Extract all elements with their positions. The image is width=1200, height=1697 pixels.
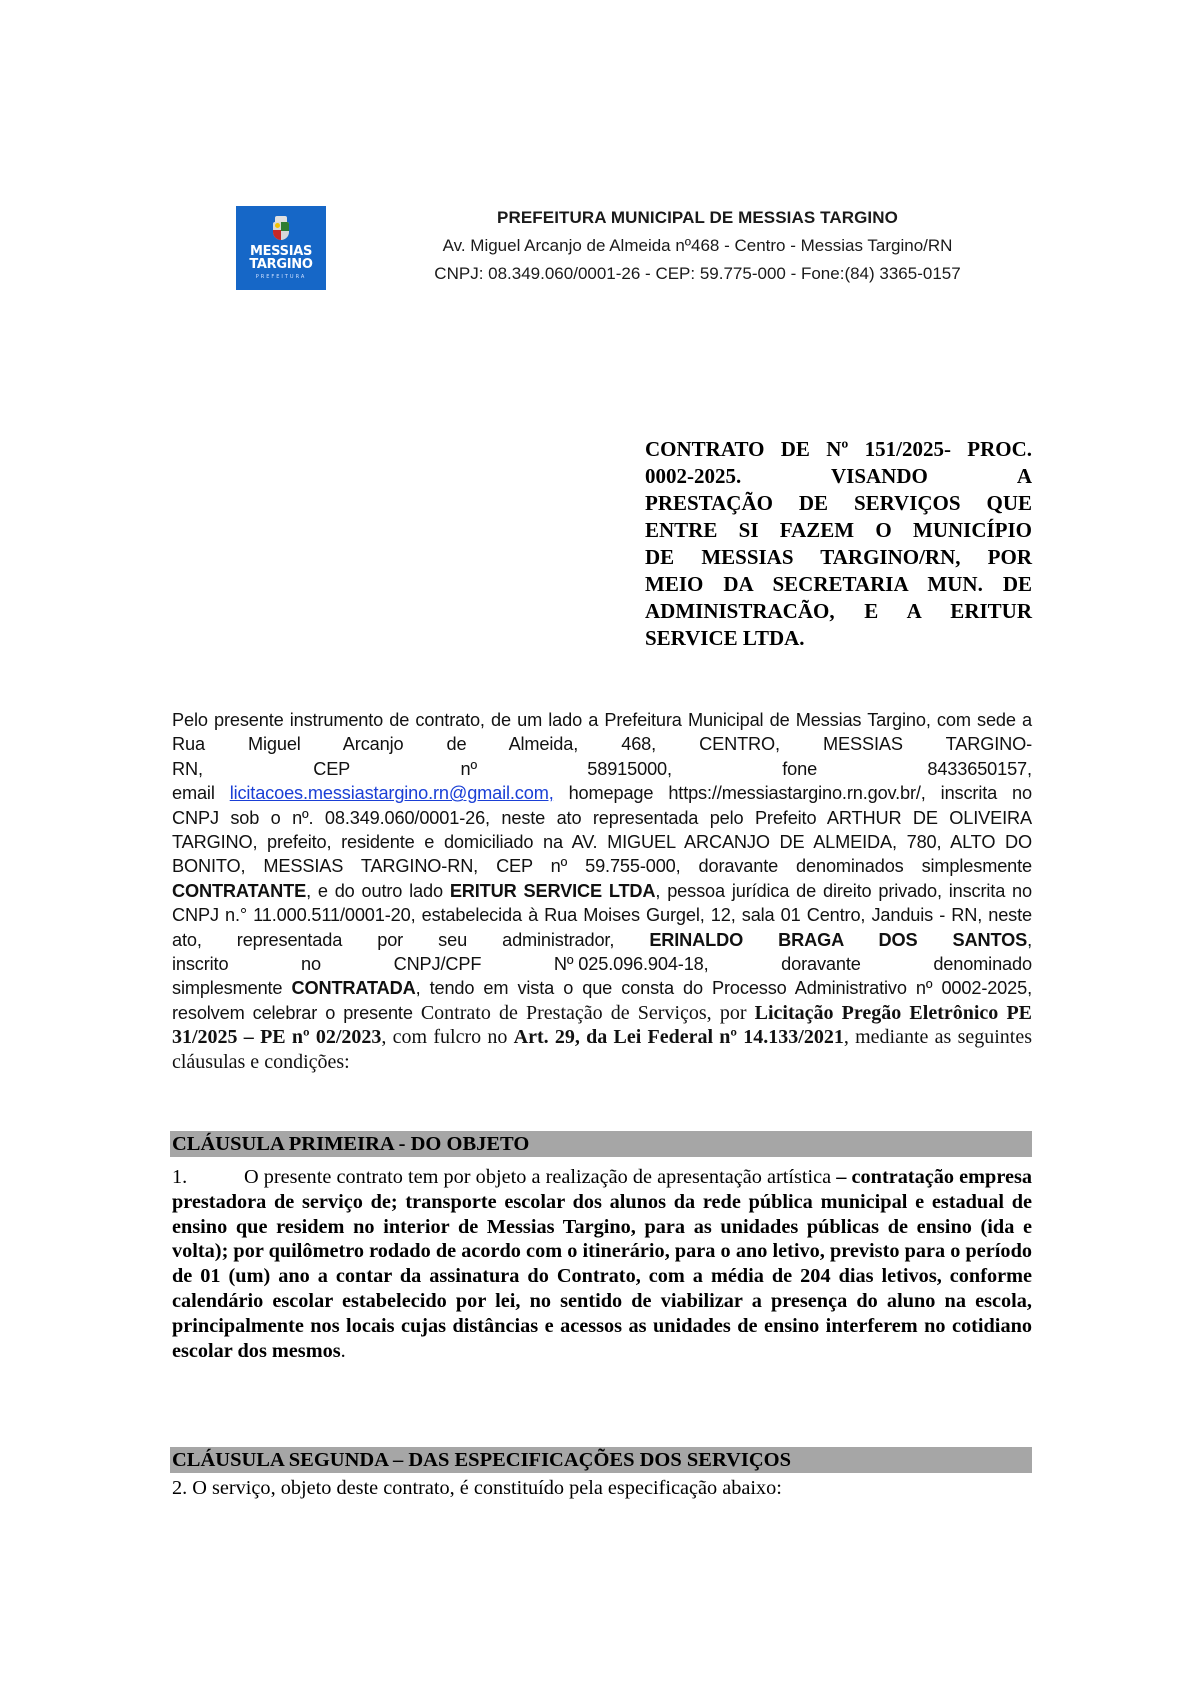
logo-text-line3: PREFEITURA [256,274,307,280]
clause-2-text: 2. O serviço, objeto deste contrato, é c… [172,1476,1032,1501]
intro-cep-line: RN, CEP nº 58915000, fone 8433650157, [172,757,1032,781]
email-link[interactable]: licitacoes.messiastargino.rn@gmail.com, [230,783,554,803]
letterhead-cnpj: CNPJ: 08.349.060/0001-26 - CEP: 59.775-0… [380,264,1015,284]
intro-body: email licitacoes.messiastargino.rn@gmail… [172,781,1032,952]
logo-text-line2: TARGINO [249,258,312,271]
law-reference: Art. 29, da Lei Federal nº 14.133/2021 [514,1026,844,1048]
contract-title-line: ADMINISTRACÃO, E A ERITUR [645,598,1032,625]
intro-text: Pelo presente instrumento de contrato, d… [172,708,1032,757]
contract-title-line: MEIO DA SECRETARIA MUN. DE [645,571,1032,598]
letterhead-address: Av. Miguel Arcanjo de Almeida nº468 - Ce… [380,236,1015,256]
intro-paragraph: Pelo presente instrumento de contrato, d… [172,708,1032,1074]
contract-title-line: DE MESSIAS TARGINO/RN, POR [645,544,1032,571]
intro-cpf-line: inscrito no CNPJ/CPF Nº 025.096.904-18, … [172,952,1032,976]
contract-title-line: ENTRE SI FAZEM O MUNICÍPIO [645,517,1032,544]
contract-title-line: CONTRATO DE Nº 151/2025- PROC. [645,436,1032,463]
clause-1-heading: CLÁUSULA PRIMEIRA - DO OBJETO [170,1131,1032,1157]
contract-title-line: PRESTAÇÃO DE SERVIÇOS QUE [645,490,1032,517]
administrator-name: ERINALDO BRAGA DOS SANTOS [649,930,1027,950]
letterhead-title: PREFEITURA MUNICIPAL DE MESSIAS TARGINO [380,208,1015,228]
contract-title-line: 0002-2025. VISANDO A [645,463,1032,490]
clause-2-heading: CLÁUSULA SEGUNDA – DAS ESPECIFICAÇÕES DO… [170,1447,1032,1473]
coat-of-arms-icon [270,216,292,242]
clause-1-text: 1.O presente contrato tem por objeto a r… [172,1165,1032,1363]
intro-closing: simplesmente CONTRATADA, tendo em vista … [172,976,1032,1074]
party-company: ERITUR SERVICE LTDA [450,881,656,901]
contract-title-line: SERVICE LTDA. [645,625,1032,652]
party-contratada: CONTRATADA [291,978,415,998]
party-contratante: CONTRATANTE [172,881,306,901]
clause-1-number: 1. [172,1165,244,1190]
document-page: MESSIAS TARGINO PREFEITURA PREFEITURA MU… [0,0,1200,1697]
municipality-logo: MESSIAS TARGINO PREFEITURA [236,206,326,290]
contract-title: CONTRATO DE Nº 151/2025- PROC. 0002-2025… [645,436,1032,652]
